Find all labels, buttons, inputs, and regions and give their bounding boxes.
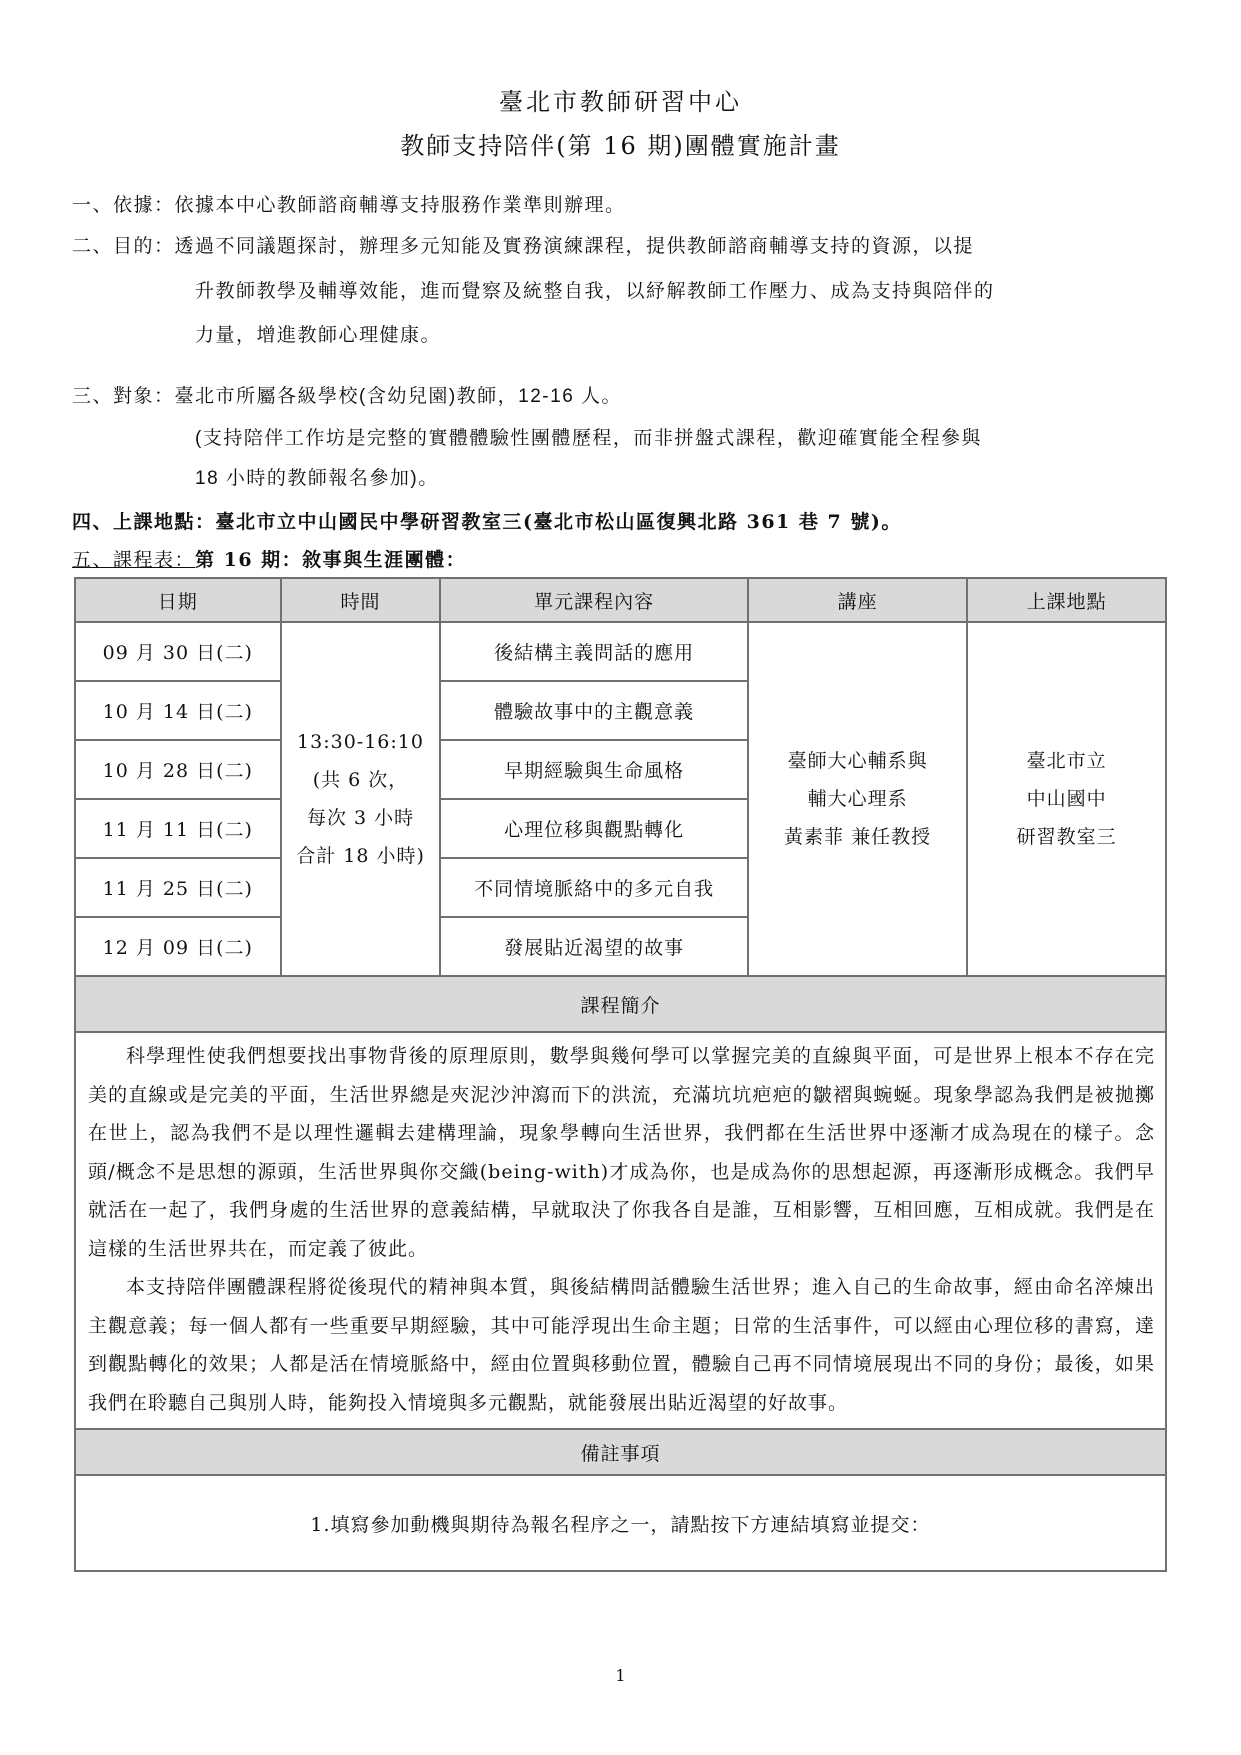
section-purpose-label: 二、目的：	[72, 235, 175, 257]
section-target-line-1: 臺北市所屬各級學校(含幼兒園)教師，12-16 人。	[175, 386, 623, 407]
table-header-row: 日期 時間 單元課程內容 講座 上課地點	[75, 578, 1166, 622]
notes-item-1: 1.填寫參加動機與期待為報名程序之一，請點按下方連結填寫並提交：	[75, 1475, 1166, 1571]
notes-body-row: 1.填寫參加動機與期待為報名程序之一，請點按下方連結填寫並提交：	[75, 1475, 1166, 1571]
session-date: 11 月 25 日(二)	[75, 858, 281, 917]
time-total: 合計 18 小時)	[282, 837, 440, 875]
section-target-label: 三、對象：	[72, 386, 175, 407]
section-location-label: 四、上課地點：	[72, 511, 216, 533]
section-basis-text: 依據本中心教師諮商輔導支持服務作業準則辦理。	[175, 194, 626, 216]
session-topic: 體驗故事中的主觀意義	[440, 681, 747, 740]
header-date: 日期	[75, 578, 281, 622]
header-time: 時間	[281, 578, 441, 622]
intro-header: 課程簡介	[75, 976, 1166, 1032]
intro-body-row: 科學理性使我們想要找出事物背後的原理原則，數學與幾何學可以掌握完美的直線與平面，…	[75, 1032, 1166, 1429]
section-target-line-3: 18 小時的教師報名參加)。	[195, 463, 439, 490]
session-date: 10 月 14 日(二)	[75, 681, 281, 740]
section-purpose: 二、目的：透過不同議題探討，辦理多元知能及實務演練課程，提供教師諮商輔導支持的資…	[72, 231, 974, 258]
time-count: (共 6 次，	[282, 761, 440, 799]
notes-header: 備註事項	[75, 1429, 1166, 1475]
session-date: 12 月 09 日(二)	[75, 917, 281, 976]
venue-line-1: 臺北市立	[968, 742, 1165, 780]
section-purpose-line-2: 升教師教學及輔導效能，進而覺察及統整自我，以紓解教師工作壓力、成為支持與陪伴的	[195, 276, 995, 303]
section-purpose-line-3: 力量，增進教師心理健康。	[195, 320, 441, 347]
section-schedule: 五、課程表：第 16 期：敘事與生涯團體：	[72, 545, 466, 572]
time-per-session: 每次 3 小時	[282, 799, 440, 837]
section-purpose-line-1: 透過不同議題探討，辦理多元知能及實務演練課程，提供教師諮商輔導支持的資源，以提	[175, 235, 975, 257]
section-location: 四、上課地點：臺北市立中山國民中學研習教室三(臺北市松山區復興北路 361 巷 …	[72, 507, 902, 534]
intro-paragraph-1: 科學理性使我們想要找出事物背後的原理原則，數學與幾何學可以掌握完美的直線與平面，…	[88, 1037, 1155, 1268]
header-topic: 單元課程內容	[440, 578, 747, 622]
section-basis: 一、依據：依據本中心教師諮商輔導支持服務作業準則辦理。	[72, 190, 626, 217]
session-time: 13:30-16:10 (共 6 次， 每次 3 小時 合計 18 小時)	[281, 622, 441, 976]
section-target: 三、對象：臺北市所屬各級學校(含幼兒園)教師，12-16 人。	[72, 381, 622, 408]
venue-line-3: 研習教室三	[968, 818, 1165, 856]
lecturer-line-2: 輔大心理系	[749, 780, 967, 818]
section-schedule-text: 第 16 期：敘事與生涯團體：	[195, 549, 466, 571]
lecturer-line-1: 臺師大心輔系與	[749, 742, 967, 780]
lecturer-line-3: 黃素菲 兼任教授	[749, 818, 967, 856]
session-date: 10 月 28 日(二)	[75, 740, 281, 799]
notes-header-row: 備註事項	[75, 1429, 1166, 1475]
page-number: 1	[0, 1666, 1241, 1685]
session-topic: 後結構主義問話的應用	[440, 622, 747, 681]
course-schedule-table: 日期 時間 單元課程內容 講座 上課地點 09 月 30 日(二) 13:30-…	[74, 577, 1167, 1572]
course-intro: 科學理性使我們想要找出事物背後的原理原則，數學與幾何學可以掌握完美的直線與平面，…	[75, 1032, 1166, 1429]
header-venue: 上課地點	[967, 578, 1166, 622]
header-lecturer: 講座	[748, 578, 968, 622]
document-subtitle: 教師支持陪伴(第 16 期)團體實施計畫	[0, 126, 1241, 161]
section-basis-label: 一、依據：	[72, 194, 175, 216]
session-topic: 心理位移與觀點轉化	[440, 799, 747, 858]
table-row: 09 月 30 日(二) 13:30-16:10 (共 6 次， 每次 3 小時…	[75, 622, 1166, 681]
document-title: 臺北市教師研習中心	[0, 82, 1241, 117]
session-topic: 不同情境脈絡中的多元自我	[440, 858, 747, 917]
time-range: 13:30-16:10	[282, 723, 440, 761]
session-date: 11 月 11 日(二)	[75, 799, 281, 858]
session-date: 09 月 30 日(二)	[75, 622, 281, 681]
intro-header-row: 課程簡介	[75, 976, 1166, 1032]
section-schedule-label: 五、課程表：	[72, 549, 195, 571]
venue-line-2: 中山國中	[968, 780, 1165, 818]
lecturer: 臺師大心輔系與 輔大心理系 黃素菲 兼任教授	[748, 622, 968, 976]
section-location-text: 臺北市立中山國民中學研習教室三(臺北市松山區復興北路 361 巷 7 號)。	[216, 511, 902, 533]
venue: 臺北市立 中山國中 研習教室三	[967, 622, 1166, 976]
session-topic: 發展貼近渴望的故事	[440, 917, 747, 976]
section-target-line-2: (支持陪伴工作坊是完整的實體體驗性團體歷程，而非拼盤式課程，歡迎確實能全程參與	[195, 423, 982, 450]
session-topic: 早期經驗與生命風格	[440, 740, 747, 799]
intro-paragraph-2: 本支持陪伴團體課程將從後現代的精神與本質，與後結構問話體驗生活世界；進入自己的生…	[88, 1268, 1155, 1422]
